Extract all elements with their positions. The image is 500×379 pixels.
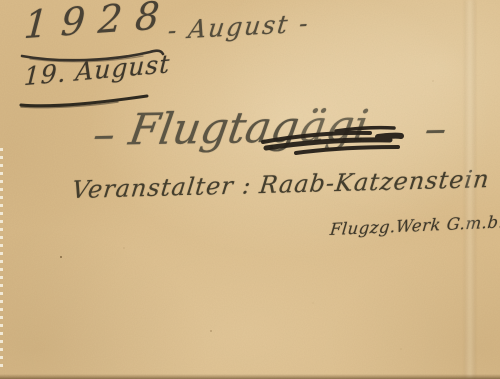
event-dash-right: – xyxy=(422,108,450,152)
event-dash-left: – xyxy=(90,114,118,158)
vertical-crease xyxy=(464,0,476,379)
month-text: - August - xyxy=(166,8,311,45)
organizer-label: Veranstalter : xyxy=(70,171,253,204)
date-underline xyxy=(21,96,147,106)
date-text: 19. August xyxy=(23,49,171,91)
scanned-handwritten-note: 1928 - August - 19. August –Flugtagägi– … xyxy=(0,0,500,379)
organizer-name: Raab-Katzenstein xyxy=(258,165,491,199)
event-title-line: –Flugtagägi– xyxy=(91,104,451,153)
paper-speckles xyxy=(60,256,62,258)
event-crossed-out-text: ägi xyxy=(297,101,372,152)
perforated-left-edge xyxy=(0,148,3,370)
paper-bottom-edge xyxy=(0,374,500,379)
event-title-text: Flugtag xyxy=(126,102,303,155)
year-text: 1928 xyxy=(22,0,173,47)
organizer-line: Veranstalter :Raab-Katzenstein xyxy=(70,165,491,204)
date-underline-echo xyxy=(21,102,118,108)
